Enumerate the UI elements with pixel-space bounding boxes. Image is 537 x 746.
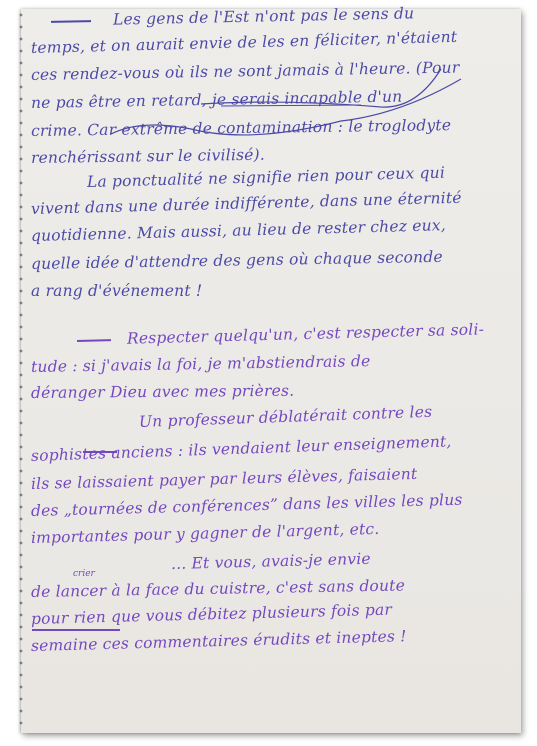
manuscript-line-13: tude : si j'avais la foi, je m'abstiendr… (31, 352, 371, 376)
manuscript-line-8: vivent dans une durée indifférente, dans… (31, 189, 462, 218)
manuscript-line-16: sophistes anciens : ils vendaient leur e… (31, 432, 452, 465)
manuscript-line-6: renchérissant sur le civilisé). (31, 146, 265, 167)
manuscript-line-21: de lancer à la face du cuistre, c'est sa… (31, 576, 405, 601)
manuscript-page: Les gens de l'Est n'ont pas le sens du t… (21, 9, 521, 733)
manuscript-line-11: a rang d'événement ! (31, 282, 202, 300)
em-dash-mark (77, 339, 111, 341)
manuscript-line-9: quotidienne. Mais aussi, au lieu de rest… (31, 216, 446, 245)
underline-mark (32, 629, 120, 631)
manuscript-line-19: importantes pour y gagner de l'argent, e… (31, 520, 380, 547)
manuscript-line-20: ... Et vous, avais-je envie (171, 550, 371, 573)
manuscript-line-14: déranger Dieu avec mes prières. (31, 382, 294, 402)
manuscript-line-10: quelle idée d'attendre des gens où chaqu… (31, 248, 443, 273)
manuscript-line-17: ils se laissaient payer par leurs élèves… (31, 465, 418, 493)
manuscript-line-7: La ponctualité ne signifie rien pour ceu… (87, 164, 445, 191)
insertion-note: crier (73, 569, 95, 579)
manuscript-line-18: des „tournées de conférences” dans les v… (31, 491, 463, 520)
manuscript-line-22: pour rien que vous débitez plusieurs foi… (31, 601, 393, 628)
manuscript-line-23: semaine ces commentaires érudits et inep… (31, 627, 407, 655)
strikethrough-swash (21, 9, 521, 159)
manuscript-line-15: Un professeur déblatérait contre les (139, 403, 433, 431)
manuscript-line-12: Respecter quelqu'un, c'est respecter sa … (77, 320, 485, 349)
